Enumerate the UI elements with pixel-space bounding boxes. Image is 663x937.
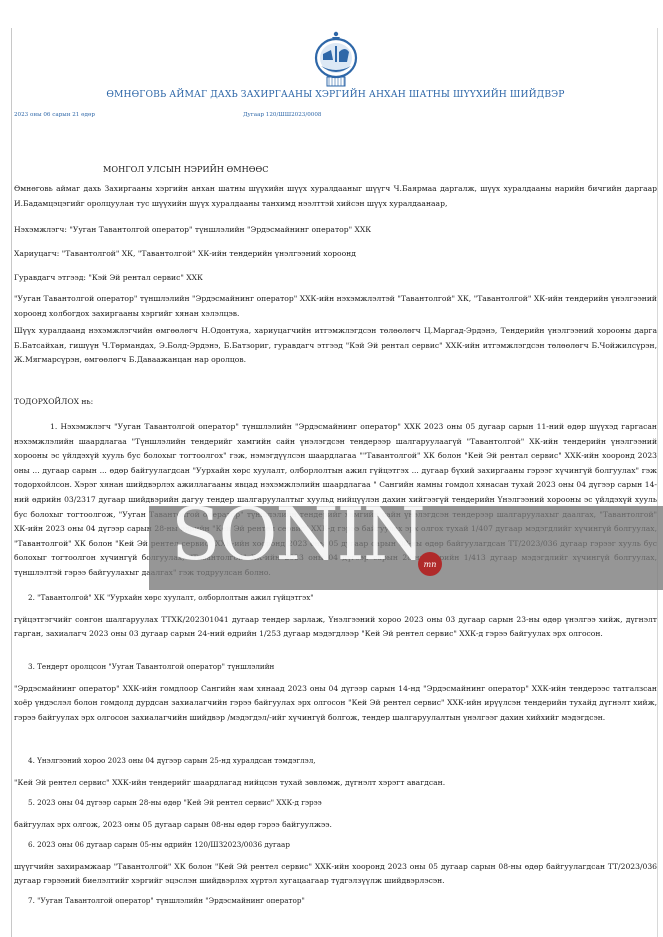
case-summary-paragraph: "Ууган Тавантолгой оператор" түншлэлийн … xyxy=(14,292,657,321)
findings-heading-text: ТОДОРХОЙЛОХ нь: xyxy=(14,395,657,410)
sonin-watermark: SONIN mn xyxy=(149,506,663,590)
finding-3-lead: 3. Тендерт оролцсон "Ууган Тавантолгой о… xyxy=(14,660,657,675)
participants-text: Шүүх хуралдаанд нэхэмжлэгчийн өмгөөлөгч … xyxy=(14,324,657,368)
finding-3-body: "Эрдэсмайнинг оператор" ХХК-ийн гомдлоор… xyxy=(14,682,657,726)
findings-heading: ТОДОРХОЙЛОХ нь: xyxy=(14,395,657,410)
finding-7-lead: 7. "Ууган Тавантолгой оператор" түншлэли… xyxy=(14,894,657,909)
decision-number: Дугаар 120/ШШ2023/0008 xyxy=(243,112,321,118)
intro-text: Өмнөговь аймаг дахь Захиргааны хэргийн а… xyxy=(14,182,657,211)
finding-2-lead: 2. "Тавантолгой" ХК "Уурхайн хөрс хуулал… xyxy=(14,591,657,606)
court-title: ӨМНӨГОВЬ АЙМАГ ДАХЬ ЗАХИРГААНЫ ХЭРГИЙН А… xyxy=(14,89,657,100)
finding-6-body: шүүгчийн захирамжаар "Тавантолгой" ХК бо… xyxy=(14,860,657,889)
document-page: ӨМНӨГОВЬ АЙМАГ ДАХЬ ЗАХИРГААНЫ ХЭРГИЙН А… xyxy=(11,28,658,937)
defendant-text: Хариуцагч: "Тавантолгой" ХК, "Тавантолго… xyxy=(14,247,657,262)
heading-in-name-of-mongolia: МОНГОЛ УЛСЫН НЭРИЙН ӨМНӨӨС xyxy=(103,164,268,174)
finding-5-lead: 5. 2023 оны 04 дүгээр сарын 28-ны өдөр "… xyxy=(14,796,657,811)
watermark-badge-icon: mn xyxy=(418,552,442,576)
third-party-text: Гуравдагч этгээд: "Кэй Эй рентал сервис"… xyxy=(14,271,657,286)
finding-5-body: байгуулах эрх олгож, 2023 оны 05 дугаар … xyxy=(14,818,657,833)
finding-item-3: 3. Тендерт оролцсон "Ууган Тавантолгой о… xyxy=(14,660,657,725)
decision-date: 2023 оны 06 сарын 21 өдөр xyxy=(14,112,95,118)
third-party-line: Гуравдагч этгээд: "Кэй Эй рентал сервис"… xyxy=(14,271,657,286)
finding-item-6: 6. 2023 оны 06 дугаар сарын 05-ны өдрийн… xyxy=(14,838,657,889)
defendant-line: Хариуцагч: "Тавантолгой" ХК, "Тавантолго… xyxy=(14,247,657,262)
finding-item-7: 7. "Ууган Тавантолгой оператор" түншлэли… xyxy=(14,894,657,909)
finding-item-4: 4. Үнэлгээний хороо 2023 оны 04 дүгээр с… xyxy=(14,754,657,790)
mongolia-state-emblem-icon xyxy=(311,30,361,90)
participants-paragraph: Шүүх хуралдаанд нэхэмжлэгчийн өмгөөлөгч … xyxy=(14,324,657,368)
finding-4-body: "Кей Эй рентел сервис" ХХК-ийн тендерийг… xyxy=(14,776,657,791)
intro-paragraph: Өмнөговь аймаг дахь Захиргааны хэргийн а… xyxy=(14,182,657,211)
finding-6-lead: 6. 2023 оны 06 дугаар сарын 05-ны өдрийн… xyxy=(14,838,657,853)
watermark-text: SONIN xyxy=(171,506,424,576)
finding-4-lead: 4. Үнэлгээний хороо 2023 оны 04 дүгээр с… xyxy=(14,754,657,769)
case-summary-text: "Ууган Тавантолгой оператор" түншлэлийн … xyxy=(14,292,657,321)
finding-2-body: гүйцэтгэгчийг сонгон шалгаруулах ТТХК/20… xyxy=(14,613,657,642)
plaintiff-line: Нэхэмжлэгч: "Ууган Тавантолгой оператор"… xyxy=(14,223,657,238)
plaintiff-text: Нэхэмжлэгч: "Ууган Тавантолгой оператор"… xyxy=(14,223,657,238)
finding-item-5: 5. 2023 оны 04 дүгээр сарын 28-ны өдөр "… xyxy=(14,796,657,832)
finding-item-2: 2. "Тавантолгой" ХК "Уурхайн хөрс хуулал… xyxy=(14,591,657,642)
